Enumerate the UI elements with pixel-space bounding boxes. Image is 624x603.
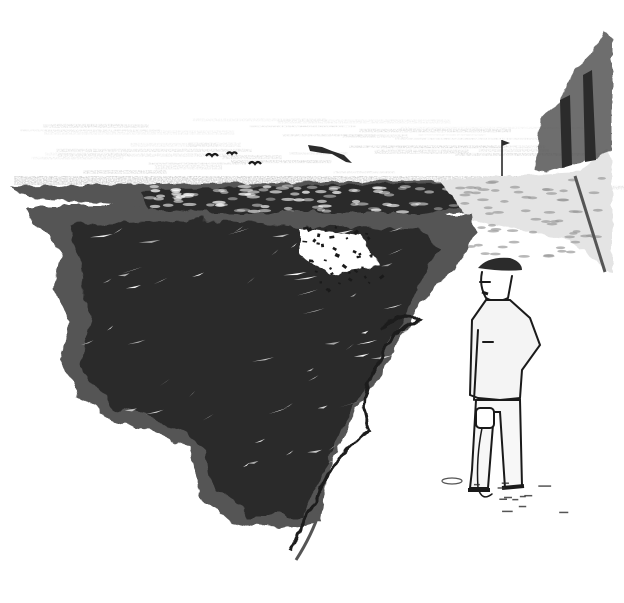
man-figure	[442, 258, 568, 513]
ink-illustration	[0, 0, 624, 603]
ink-sea	[28, 205, 478, 560]
